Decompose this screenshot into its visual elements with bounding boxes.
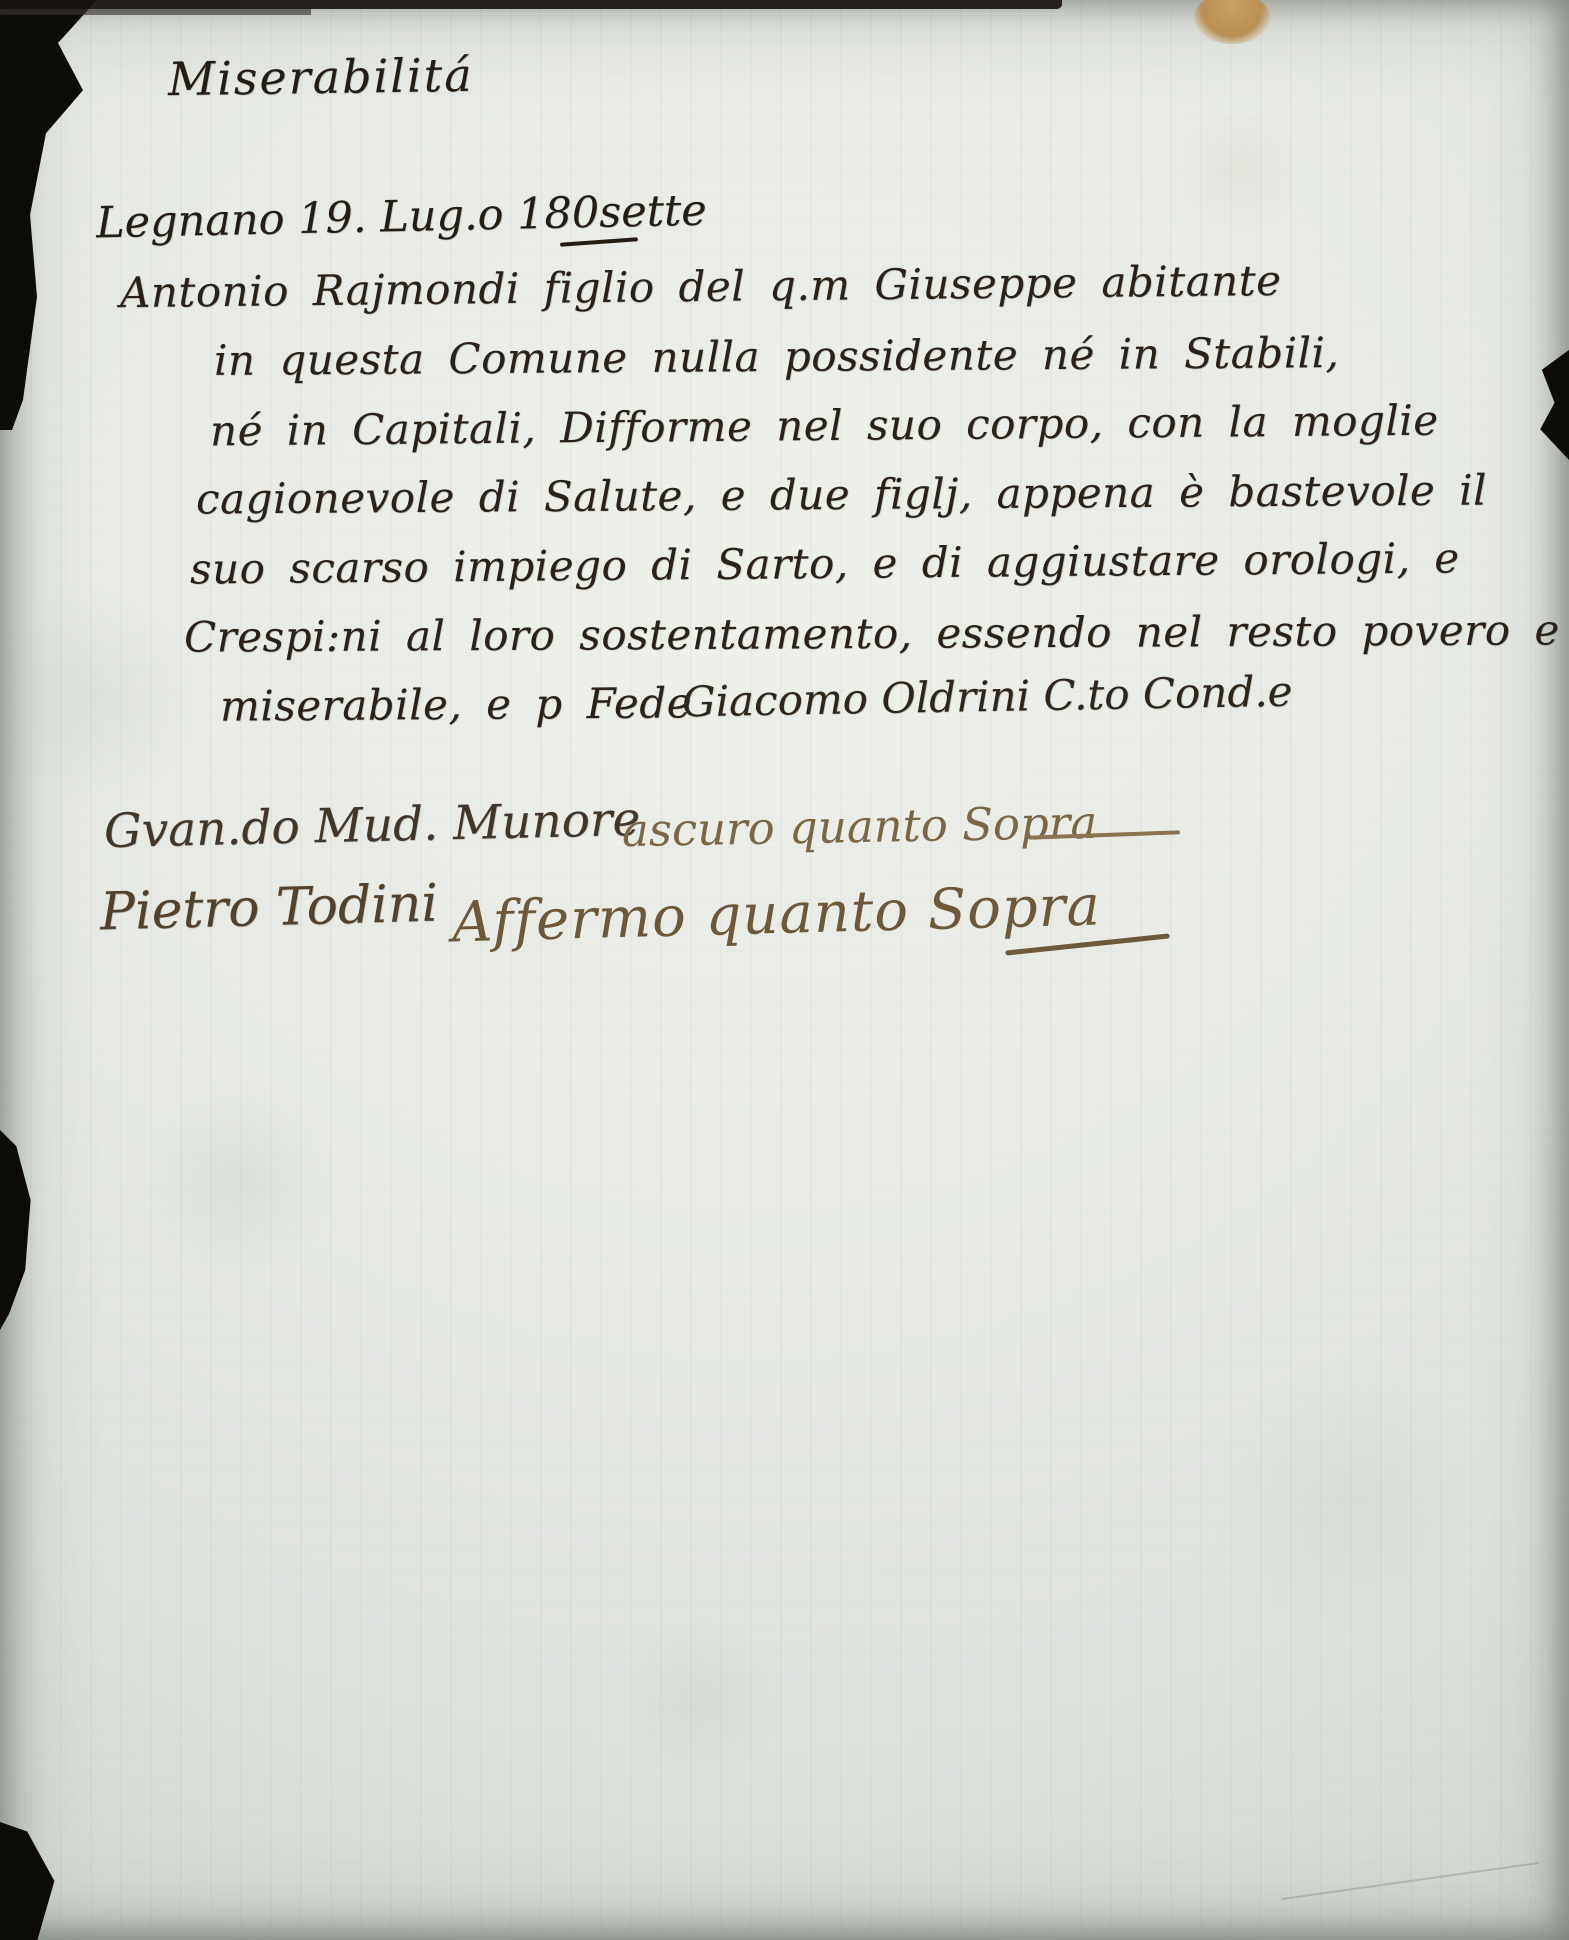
dateline-flourish bbox=[560, 237, 638, 246]
body-line: cagionevole di Salute, e due figlj, appe… bbox=[196, 465, 1487, 523]
body-line: Antonio Rajmondi figlio del q.m Giuseppe… bbox=[120, 256, 1282, 317]
corner-stain bbox=[1194, 0, 1270, 44]
witness-signature-name: Pietro Todini bbox=[99, 874, 438, 943]
body-line: né in Capitali, Difforme nel suo corpo, … bbox=[210, 396, 1439, 456]
torn-edge-top-left bbox=[0, 0, 100, 430]
torn-edge-top-right bbox=[0, 9, 311, 15]
torn-edge-bottom-left bbox=[0, 1822, 68, 1940]
body-line: suo scarso impiego di Sarto, e di aggius… bbox=[190, 533, 1460, 593]
manuscript-page: Miserabilitá Legnano 19. Lug.o 180sette … bbox=[0, 0, 1569, 1940]
body-line: in questa Comune nulla possidente né in … bbox=[214, 328, 1340, 385]
witness-signature-statement: Affermo quanto Sopra bbox=[451, 874, 1101, 956]
torn-edge-right bbox=[1537, 350, 1569, 460]
body-line: miserabile, e p Fede bbox=[220, 678, 692, 730]
torn-edge-left-middle bbox=[0, 1130, 36, 1330]
witness-signature-name: Gvan.do Mud. Munore bbox=[103, 792, 640, 859]
torn-edge-top bbox=[0, 0, 1062, 9]
document-heading: Miserabilitá bbox=[168, 48, 474, 106]
paper-crease bbox=[1281, 1862, 1539, 1900]
witness-signature-statement: ascuro quanto Sopra bbox=[622, 796, 1098, 857]
body-line: Crespi:ni al loro sostentamento, essendo… bbox=[184, 605, 1560, 661]
official-attestation-signature: Giacomo Oldrini C.to Cond.e bbox=[682, 667, 1293, 727]
